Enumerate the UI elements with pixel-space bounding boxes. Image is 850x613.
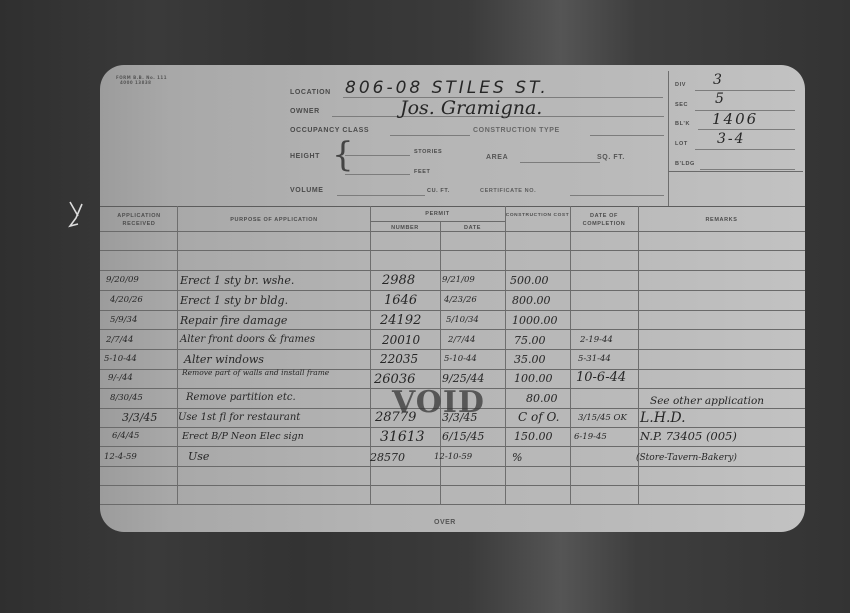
sqft-label: SQ. FT. bbox=[597, 154, 625, 161]
stray-pen-mark-icon bbox=[64, 198, 86, 230]
certificate-no-label: CERTIFICATE NO. bbox=[480, 188, 536, 194]
occupancy-class-label: OCCUPANCY CLASS bbox=[290, 127, 369, 134]
blk-value: 1406 bbox=[712, 110, 758, 128]
form-number: FORM B.B. No. 111 4000 13838 bbox=[116, 75, 167, 85]
height-label: HEIGHT bbox=[290, 153, 320, 160]
lot-value: 3-4 bbox=[717, 131, 746, 147]
volume-label: VOLUME bbox=[290, 187, 324, 194]
owner-value: Jos. Gramigna. bbox=[400, 97, 542, 119]
void-stamp: VOID bbox=[392, 385, 485, 420]
building-permit-record-card: FORM B.B. No. 111 4000 13838 LOCATION 80… bbox=[100, 65, 805, 532]
construction-type-label: CONSTRUCTION TYPE bbox=[473, 127, 560, 134]
over-label: OVER bbox=[434, 519, 456, 526]
header-construction-cost: CONSTRUCTION COST bbox=[505, 212, 570, 220]
header-application-received: APPLICATION RECEIVED bbox=[102, 212, 176, 228]
header-permit: PERMIT bbox=[370, 210, 505, 218]
lot-label: LOT bbox=[675, 141, 688, 147]
sec-value: 5 bbox=[715, 91, 724, 107]
bldg-label: B'LDG bbox=[675, 161, 695, 167]
area-label: AREA bbox=[486, 154, 508, 161]
blk-label: BL'K bbox=[675, 121, 690, 127]
feet-label: FEET bbox=[414, 169, 430, 175]
sec-label: SEC bbox=[675, 102, 688, 108]
stories-label: STORIES bbox=[414, 149, 442, 155]
header-purpose: PURPOSE OF APPLICATION bbox=[178, 216, 370, 224]
location-value: 806-08 STILES ST. bbox=[345, 78, 549, 98]
owner-label: OWNER bbox=[290, 108, 320, 115]
location-label: LOCATION bbox=[290, 89, 331, 96]
div-label: DIV bbox=[675, 82, 686, 88]
div-value: 3 bbox=[713, 72, 722, 88]
header-date-of-completion: DATE OF COMPLETION bbox=[570, 212, 638, 228]
cuft-label: CU. FT. bbox=[427, 188, 450, 194]
header-remarks: REMARKS bbox=[638, 216, 805, 224]
